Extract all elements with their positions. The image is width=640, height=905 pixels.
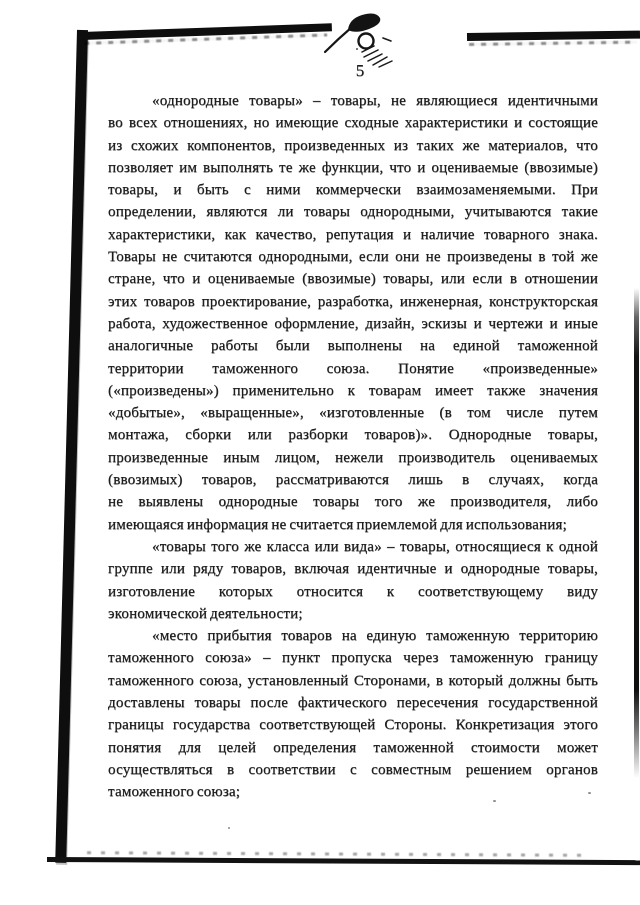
text-line: работа, художественное оформление, дизай… bbox=[108, 313, 598, 335]
text-line: таможенного союза, установленный Сторона… bbox=[108, 670, 598, 692]
text-line: таможенного союза; bbox=[108, 781, 598, 803]
text-line: аналогичные работы были выполнены на еди… bbox=[108, 335, 598, 357]
text-line: этих товаров проектирование, разработка,… bbox=[108, 291, 598, 313]
text-line: «однородные товары» – товары, не являющи… bbox=[108, 90, 598, 112]
text-line: понятия для целей определения таможенной… bbox=[108, 737, 598, 759]
text-line: не выявлены однородные товары того же пр… bbox=[108, 491, 598, 513]
text-line: имеющаяся информация не считается приемл… bbox=[108, 514, 598, 536]
text-line: монтажа, сборки или разборки товаров)». … bbox=[108, 424, 598, 446]
text-line: («произведены») применительно к товарам … bbox=[108, 380, 598, 402]
text-line: позволяет им выполнять те же функции, чт… bbox=[108, 157, 598, 179]
text-line: доставлены товары после фактического пер… bbox=[108, 692, 598, 714]
text-line: характеристики, как качество, репутация … bbox=[108, 224, 598, 246]
scan-edge-right bbox=[634, 288, 639, 778]
scan-edge-top-left bbox=[82, 23, 332, 40]
scan-edge-bottom bbox=[47, 857, 640, 865]
text-block: «однородные товары» – товары, не являющи… bbox=[108, 90, 598, 804]
text-line: «товары того же класса или вида» – товар… bbox=[108, 536, 598, 558]
text-line: определении, являются ли товары однородн… bbox=[108, 201, 598, 223]
text-line: Товары не считаются однородными, если он… bbox=[108, 246, 598, 268]
page-number: 5 bbox=[340, 61, 380, 81]
scan-speck bbox=[588, 792, 591, 794]
text-line: таможенного союза» – пункт пропуска чере… bbox=[108, 647, 598, 669]
text-line: во всех отношениях, но имеющие сходные х… bbox=[108, 112, 598, 134]
text-line: стране, что и оцениваемые (ввозимые) тов… bbox=[108, 268, 598, 290]
scan-speck bbox=[493, 800, 496, 802]
text-line: изготовление которых относится к соответ… bbox=[108, 581, 598, 603]
text-line: произведенные иным лицом, нежели произво… bbox=[108, 447, 598, 469]
text-line: «место прибытия товаров на единую таможе… bbox=[108, 625, 598, 647]
scan-edge-top-right bbox=[467, 31, 640, 41]
text-line: территории таможенного союза. Понятие «п… bbox=[108, 358, 598, 380]
text-line: экономической деятельности; bbox=[108, 603, 598, 625]
text-line: группе или ряду товаров, включая идентич… bbox=[108, 558, 598, 580]
document-page: 5 «однородные товары» – товары, не являю… bbox=[0, 0, 640, 905]
text-line: товары, и быть с ними коммерчески взаимо… bbox=[108, 179, 598, 201]
text-line: «добытые», «выращенные», «изготовленные … bbox=[108, 402, 598, 424]
scan-speck bbox=[228, 827, 230, 829]
scan-edge-left bbox=[55, 30, 88, 863]
text-line: (ввозимых) товаров, рассматриваются лишь… bbox=[108, 469, 598, 491]
text-line: из схожих компонентов, произведенных из … bbox=[108, 135, 598, 157]
text-line: границы государства соответствующей Стор… bbox=[108, 714, 598, 736]
text-line: осуществляться в соответствии с совместн… bbox=[108, 759, 598, 781]
